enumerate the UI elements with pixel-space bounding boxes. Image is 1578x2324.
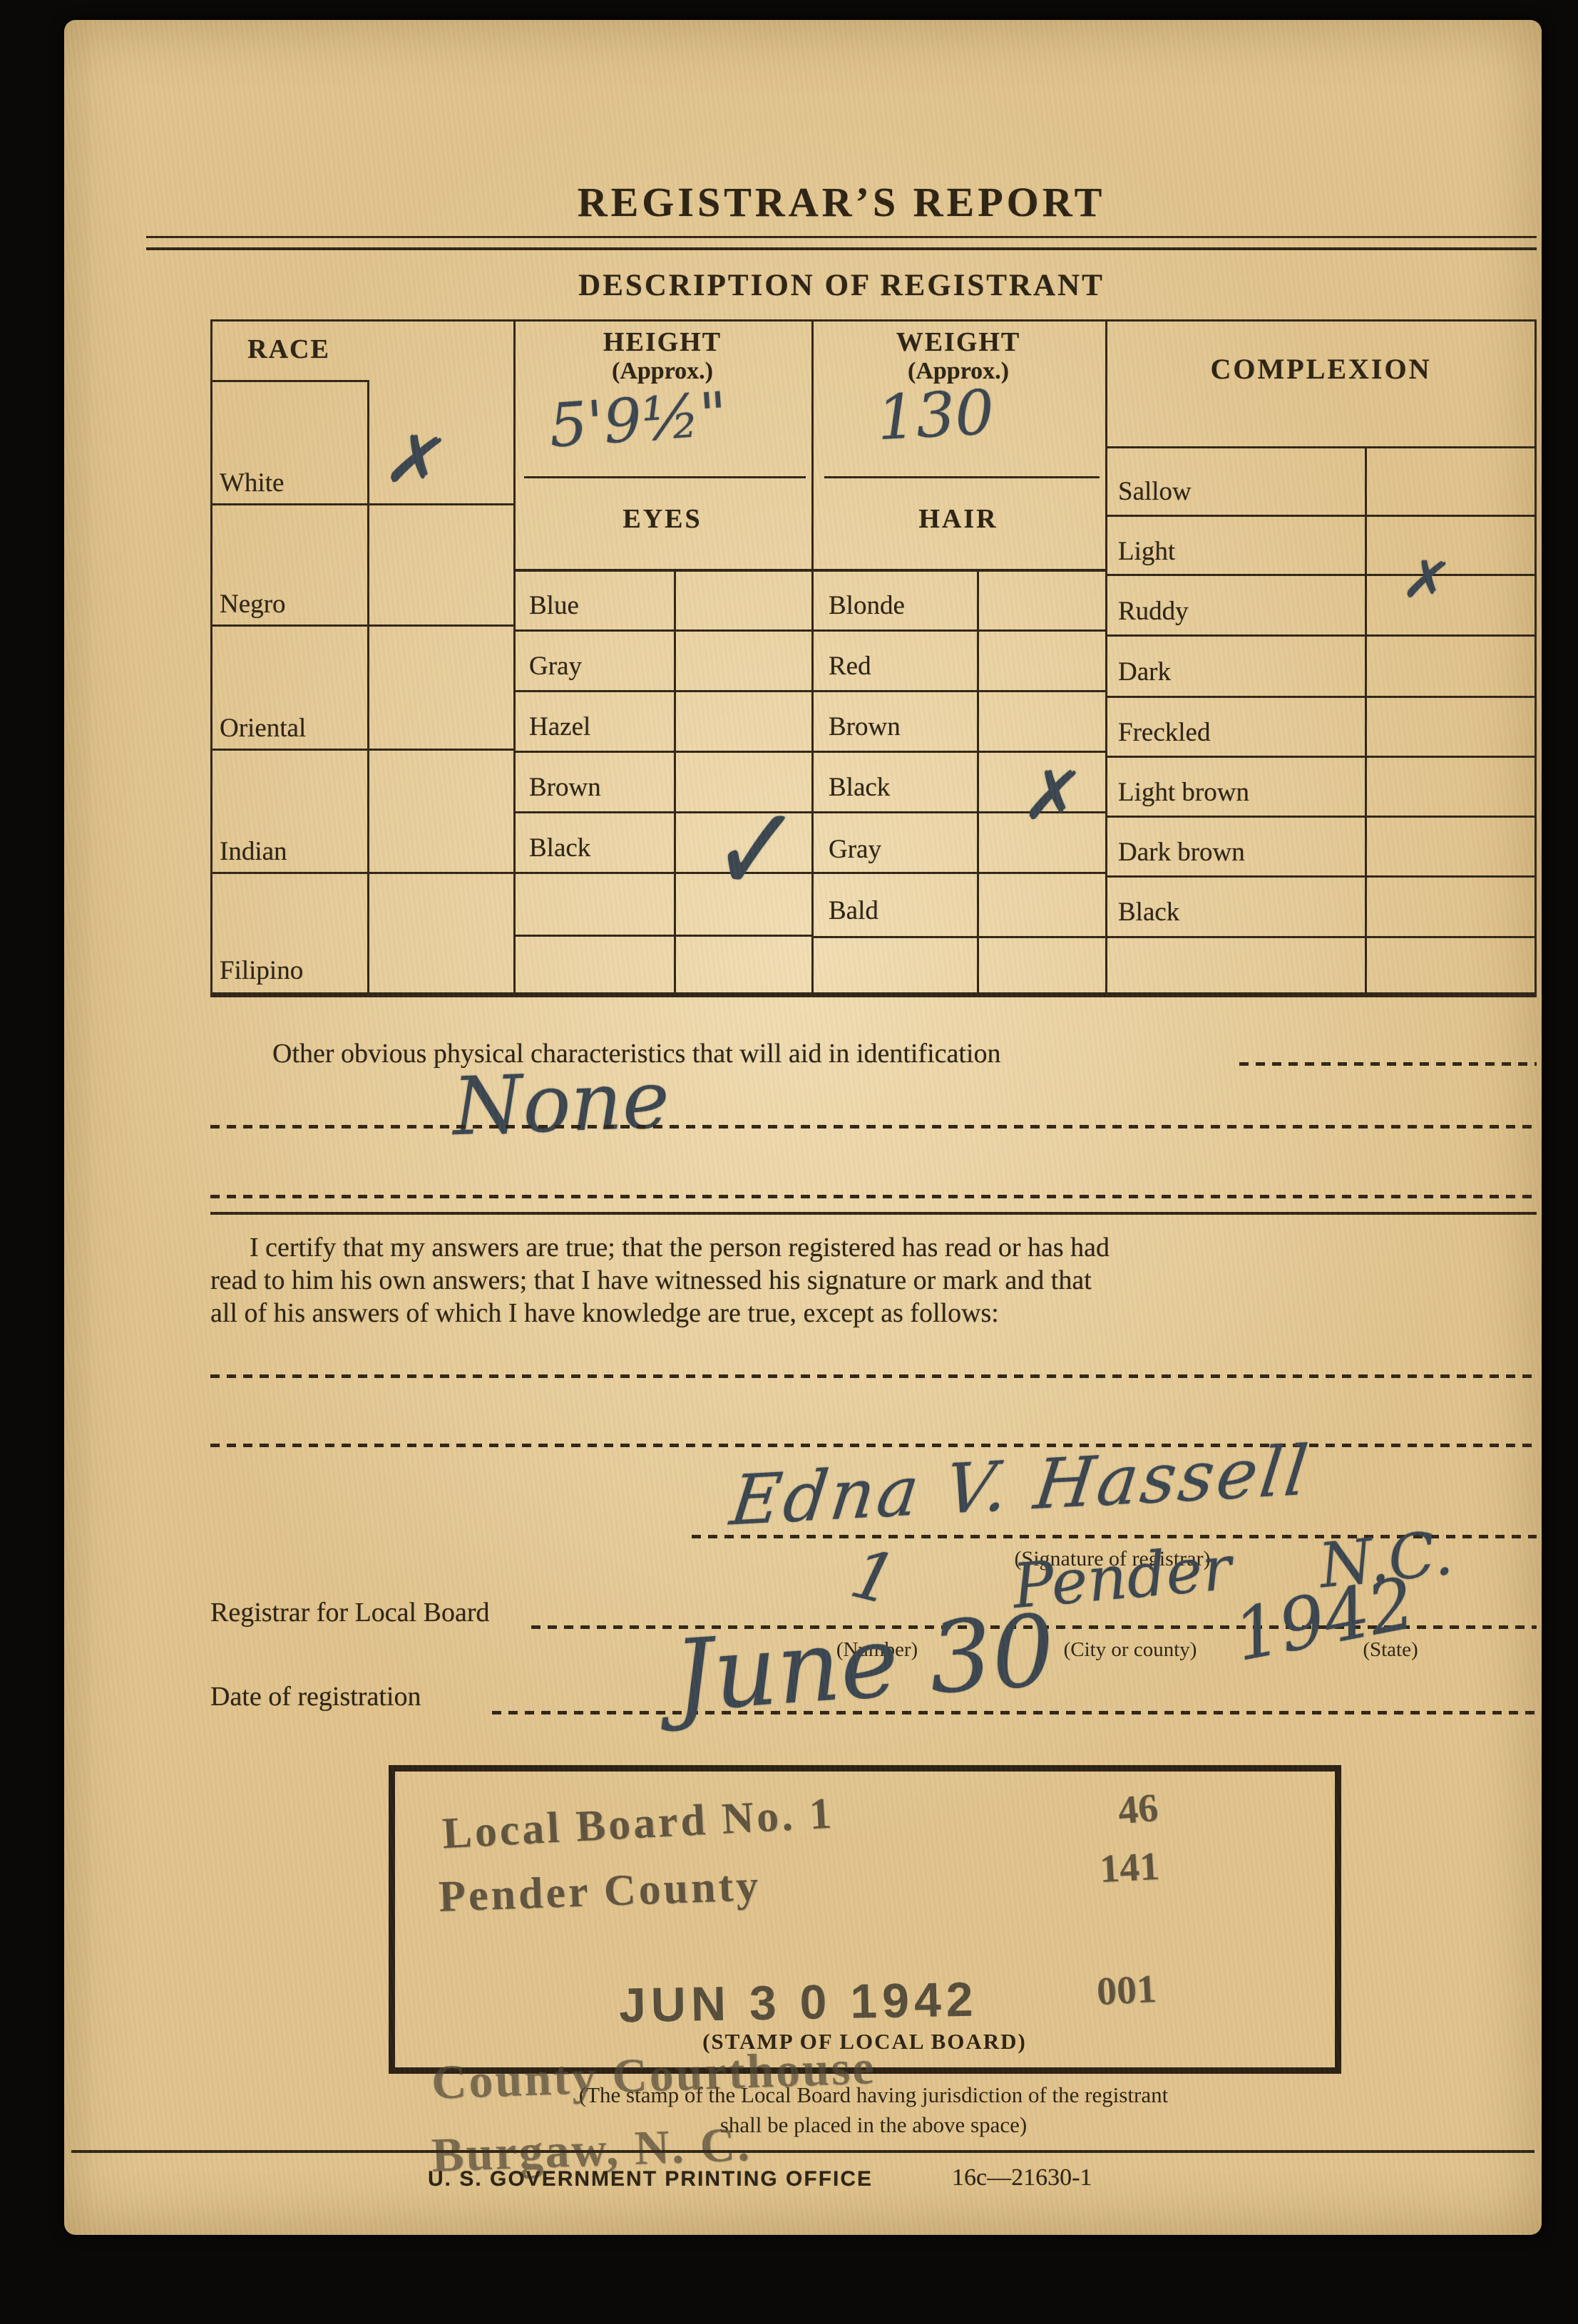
table-right-border [1535,319,1537,997]
scan-background: REGISTRAR’S REPORT DESCRIPTION OF REGIST… [0,0,1578,2324]
section-subtitle: DESCRIPTION OF REGISTRANT [146,268,1537,303]
race-option-filipino: Filipino [220,955,303,986]
rule-line [811,629,1105,632]
form-number: 16c—21630-1 [952,2164,1092,2191]
race-option-oriental: Oriental [220,713,306,744]
hair-option-brown: Brown [829,711,901,742]
height-value-handwriting: 5'9½" [547,379,729,461]
rule-line [210,624,513,627]
date-of-registration-label: Date of registration [210,1681,421,1712]
rule-line [513,569,811,572]
eyes-option-hazel: Hazel [529,711,590,742]
complexion-header: COMPLEXION [1105,352,1537,386]
eyes-header: EYES [513,503,811,535]
dashed-line [210,1374,1537,1378]
height-subheader: (Approx.) [513,358,811,385]
hair-option-blonde: Blonde [829,590,905,621]
column-divider [1105,319,1107,997]
rule-line [1105,875,1537,878]
hair-option-black: Black [829,772,890,803]
stamp-number-141: 141 [1098,1844,1160,1892]
registrar-board-label: Registrar for Local Board [210,1597,489,1628]
eyes-option-blue: Blue [529,590,579,621]
complexion-option-ruddy: Ruddy [1118,596,1189,627]
eyes-option-gray: Gray [529,651,582,682]
dashed-line [210,1195,1537,1198]
hair-header: HAIR [811,503,1105,535]
rule-line [210,872,513,874]
stamp-number-001: 001 [1095,1966,1157,2015]
rule-line [1105,446,1537,448]
rule-line [210,749,513,751]
rule-line [1105,936,1537,938]
race-option-white: White [220,468,284,498]
rule-line [1105,696,1537,698]
rule-line [1105,816,1537,818]
dashed-line [210,1444,1537,1447]
rule-line [1105,574,1537,576]
weight-value-handwriting: 130 [875,377,995,454]
complexion-option-black: Black [1118,897,1179,927]
hair-option-gray: Gray [829,834,881,865]
footer-rule-line [71,2150,1535,2153]
race-option-indian: Indian [220,836,287,867]
other-characteristics-handwriting: None [451,1054,671,1154]
certification-text-line3: all of his answers of which I have knowl… [210,1297,999,1329]
rule-line [811,936,1105,938]
rule-line [811,690,1105,692]
rule-line [524,476,806,478]
hair-option-bald: Bald [829,895,878,926]
weight-header: WEIGHT [811,327,1105,358]
complexion-option-light-brown: Light brown [1118,777,1249,808]
rule-line [210,1212,1537,1215]
rule-line [210,380,367,382]
rule-line [1105,515,1537,517]
registrar-report-card: REGISTRAR’S REPORT DESCRIPTION OF REGIST… [64,20,1542,2235]
dashed-line [1239,1062,1537,1066]
height-header: HEIGHT [513,327,811,358]
hair-black-check-mark: ✗ [1019,751,1087,840]
complexion-option-freckled: Freckled [1118,717,1210,748]
race-option-negro: Negro [220,589,285,619]
eyes-option-black: Black [529,833,590,863]
stamp-number-46: 46 [1116,1785,1159,1834]
hair-option-red: Red [829,651,871,682]
race-check-divider [367,380,369,997]
gpo-footer-text: U. S. GOVERNMENT PRINTING OFFICE [428,2167,873,2191]
certification-text-line1: I certify that my answers are true; that… [250,1232,1110,1263]
dashed-line [210,1125,1537,1128]
column-divider [811,319,814,997]
rule-line [513,629,811,632]
table-bottom-border [210,992,1537,997]
race-white-check-mark: ✗ [379,414,454,508]
rule-line [824,476,1100,478]
complexion-option-sallow: Sallow [1118,476,1192,507]
rule-line [811,751,1105,753]
rule-line [146,247,1537,250]
eyes-check-divider [674,569,676,997]
race-header: RACE [210,334,367,365]
complexion-option-dark-brown: Dark brown [1118,837,1245,868]
rule-line [146,236,1537,238]
complexion-option-dark: Dark [1118,657,1171,687]
rule-line [811,569,1105,572]
eyes-brown-check-mark: ✓ [707,770,806,931]
rule-line [1105,756,1537,758]
complexion-check-divider [1365,446,1367,997]
date-stamp: JUN 3 0 1942 [618,1972,978,2034]
complexion-ruddy-check-mark: ✗ [1398,545,1455,617]
page-title: REGISTRAR’S REPORT [146,178,1537,226]
column-divider [513,319,516,997]
table-left-border [210,319,212,997]
eyes-option-brown: Brown [529,772,601,803]
stamp-note-line2: shall be placed in the above space) [235,2112,1512,2138]
rule-line [513,935,811,937]
rule-line [210,503,513,505]
rule-line [1105,634,1537,637]
certification-text-line2: read to him his own answers; that I have… [210,1265,1092,1296]
rule-line [513,690,811,692]
rule-line [811,872,1105,874]
rule-line [513,751,811,753]
hair-check-divider [977,569,979,997]
complexion-option-light: Light [1118,536,1175,567]
table-top-border [210,319,1537,322]
dashed-line [492,1711,1537,1714]
